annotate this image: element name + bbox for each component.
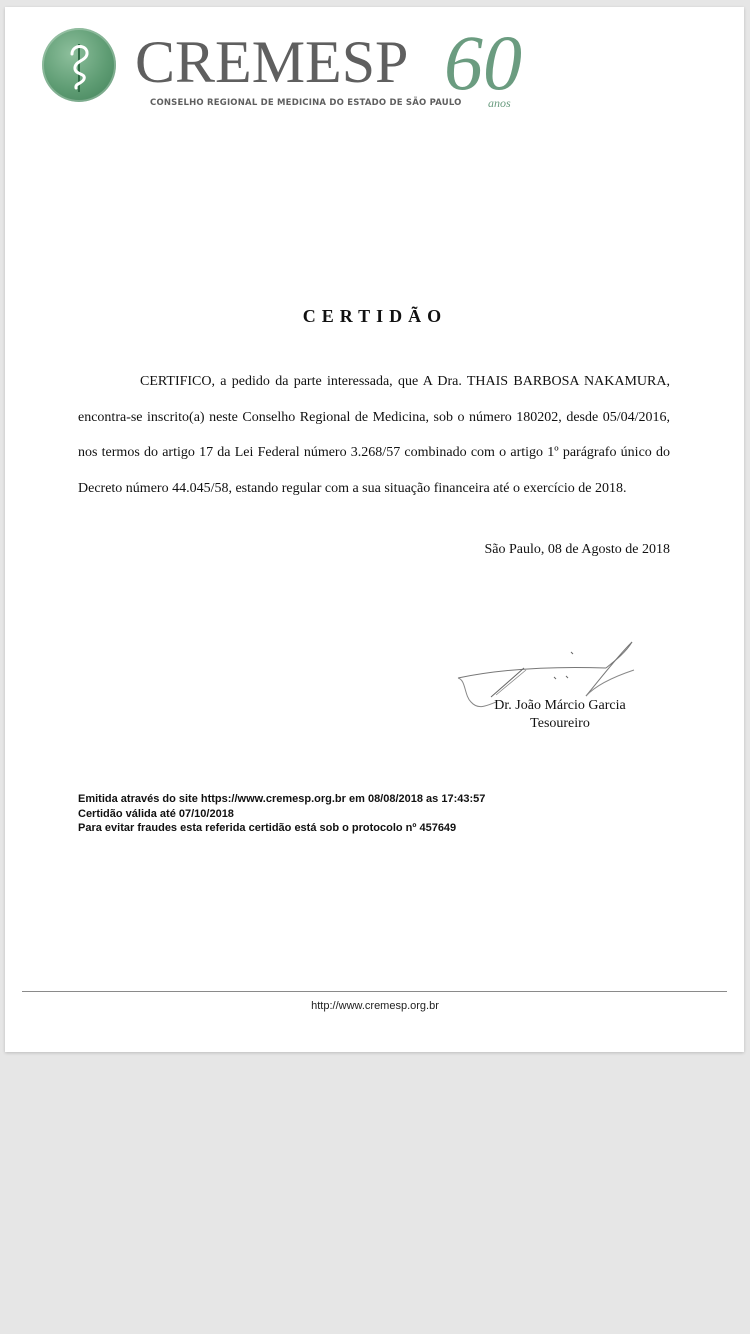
signer-block: Dr. João Márcio Garcia Tesoureiro xyxy=(470,697,650,733)
validity-line: Certidão válida até 07/10/2018 xyxy=(78,807,485,822)
document-title: CERTIDÃO xyxy=(0,306,750,327)
brand-name: CREMESP xyxy=(135,32,408,92)
footer-url[interactable]: http://www.cremesp.org.br xyxy=(0,1000,750,1012)
issuance-info: Emitida através do site https://www.crem… xyxy=(78,792,485,836)
caduceus-icon xyxy=(42,28,116,102)
place-date: São Paulo, 08 de Agosto de 2018 xyxy=(485,542,671,558)
footer-divider xyxy=(22,991,727,992)
document-page xyxy=(5,7,744,1052)
brand-subtitle: CONSELHO REGIONAL DE MEDICINA DO ESTADO … xyxy=(150,98,462,108)
certificate-body: CERTIFICO, a pedido da parte interessada… xyxy=(78,364,670,506)
signer-name: Dr. João Márcio Garcia xyxy=(470,697,650,715)
cremesp-logo: CREMESP CONSELHO REGIONAL DE MEDICINA DO… xyxy=(42,28,552,118)
protocol-line: Para evitar fraudes esta referida certid… xyxy=(78,821,485,836)
anniversary-label: anos xyxy=(488,96,511,111)
issuance-line: Emitida através do site https://www.crem… xyxy=(78,792,485,807)
signer-role: Tesoureiro xyxy=(470,715,650,733)
anniversary-number: 60 xyxy=(444,24,522,102)
